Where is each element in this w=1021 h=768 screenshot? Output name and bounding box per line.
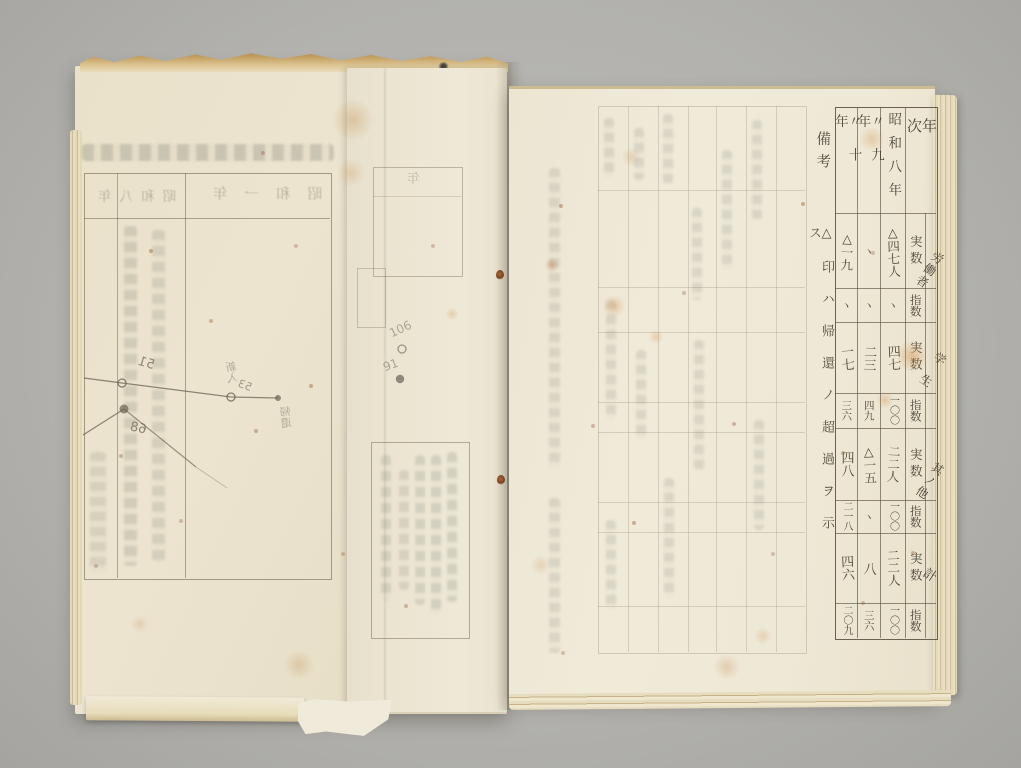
cell-laborers-index-s10: ヽ (836, 290, 856, 320)
notes-text-column (431, 455, 441, 615)
cell-others-index-s8: 一〇〇 (881, 501, 904, 531)
right-page-top-edge (509, 86, 935, 89)
stain (857, 128, 887, 150)
cell-students-actual-s9: 二三 (856, 325, 880, 389)
data-point-filled (120, 405, 129, 414)
showthrough-line-chart (75, 340, 335, 500)
showthrough-hline (598, 502, 805, 503)
left-table-header-right: 昭和一年 (196, 183, 322, 204)
showthrough-vline (628, 106, 629, 652)
chart-value-label: 68 (129, 419, 148, 437)
showthrough-hline (598, 332, 805, 333)
showthrough-cell-smudge (722, 150, 732, 270)
torn-paper-fragment (298, 699, 392, 736)
notes-text-column (399, 470, 409, 590)
data-point-open (398, 345, 406, 353)
showthrough-vline (746, 106, 747, 652)
stain (336, 160, 366, 186)
stain (876, 392, 894, 408)
main-table-hline (835, 428, 936, 429)
middle-sheet-points (383, 333, 423, 393)
cell-others-actual-s9: △一五 (856, 431, 880, 496)
row-label-index: 指数 (906, 604, 924, 636)
stain (530, 556, 552, 574)
cell-others-index-s9: ヽ (858, 501, 879, 531)
year-col-showa8: 昭和八年 (881, 112, 904, 212)
remarks-label: 備考 (812, 131, 832, 183)
cell-laborers-actual-s9: ヽ (858, 218, 879, 284)
stain (712, 655, 742, 679)
data-point-filled (396, 375, 404, 383)
stain (330, 100, 375, 140)
cell-students-index-s10: 三六 (836, 394, 856, 426)
main-table-hline (835, 533, 936, 534)
showthrough-vline (658, 106, 659, 652)
notes-text-column (447, 452, 457, 602)
stain (898, 338, 926, 374)
showthrough-cell-smudge (752, 120, 762, 220)
page-stack-bottom-edge (509, 690, 951, 710)
cell-others-actual-s8: 二二人 (879, 431, 905, 496)
cell-laborers-actual-s8: △四七人 (880, 218, 905, 285)
faint-scribble-title (82, 144, 334, 161)
cell-others-actual-s10: 四八 (836, 432, 856, 496)
middle-table-header-char: 年 (407, 168, 420, 187)
showthrough-vline (776, 106, 777, 652)
showthrough-cell-smudge (606, 520, 616, 610)
cell-total-index-s8: 一〇〇 (881, 604, 904, 636)
showthrough-cell-smudge (663, 114, 673, 184)
showthrough-cell-smudge (664, 478, 674, 598)
stain (544, 258, 560, 272)
year-col-showa10: 〃十年 (836, 114, 856, 210)
remarks-text: △印ハ帰還ノ超過ヲ示ス (809, 226, 831, 571)
showthrough-cell-smudge (606, 300, 616, 420)
cell-total-actual-s9: 八 (856, 536, 881, 599)
middle-sheet-small-box (357, 268, 386, 328)
showthrough-text-column (549, 168, 560, 468)
cell-others-index-s10: 二一八 (836, 501, 856, 531)
cell-students-actual-s10: 一七 (834, 325, 858, 389)
showthrough-vline (716, 106, 717, 652)
showthrough-cell-smudge (636, 350, 646, 440)
cell-total-actual-s8: 二二人 (880, 537, 905, 600)
cell-total-actual-s10: 四六 (834, 537, 857, 600)
showthrough-vline (688, 106, 689, 652)
stain (753, 628, 773, 644)
showthrough-hline (598, 606, 805, 607)
stain (601, 295, 627, 317)
binding-hole (496, 270, 504, 280)
chart-line-b (83, 409, 124, 435)
main-table-hline (835, 322, 936, 323)
showthrough-hline (598, 532, 805, 533)
cell-laborers-actual-s10: △一九 (835, 218, 857, 285)
left-table-header-left: 昭和八年 (90, 185, 176, 205)
showthrough-cell-smudge (604, 118, 614, 178)
cell-total-index-s10: 二〇九 (836, 604, 856, 636)
chart-line-c (124, 409, 196, 467)
underpage-edge-strip (86, 696, 304, 722)
showthrough-hline (598, 190, 805, 191)
chart-line-c2 (196, 467, 227, 488)
middle-table-hline (373, 196, 461, 197)
notes-text-column (381, 455, 391, 600)
stain (282, 652, 316, 678)
photo-open-notebook: 昭和八年 昭和一年 51 68 53 新入 帰還 年 106 91 (0, 0, 1021, 768)
showthrough-cell-smudge (692, 208, 702, 300)
cell-laborers-index-s8: ヽ (881, 290, 904, 320)
cell-total-index-s9: 三六 (858, 604, 879, 636)
stain (445, 308, 459, 320)
stain (620, 148, 642, 166)
cell-laborers-index-s9: ヽ (858, 290, 879, 320)
speckles (0, 0, 2, 2)
showthrough-cell-smudge (694, 340, 704, 470)
stain (648, 330, 664, 344)
left-table-header-hline (84, 218, 330, 219)
binding-hole (497, 475, 505, 485)
showthrough-cell-smudge (754, 420, 764, 530)
notes-text-column (415, 455, 425, 605)
stain (130, 616, 150, 632)
showthrough-text-column (549, 498, 560, 653)
year-header-cell: 年次 (906, 114, 936, 214)
